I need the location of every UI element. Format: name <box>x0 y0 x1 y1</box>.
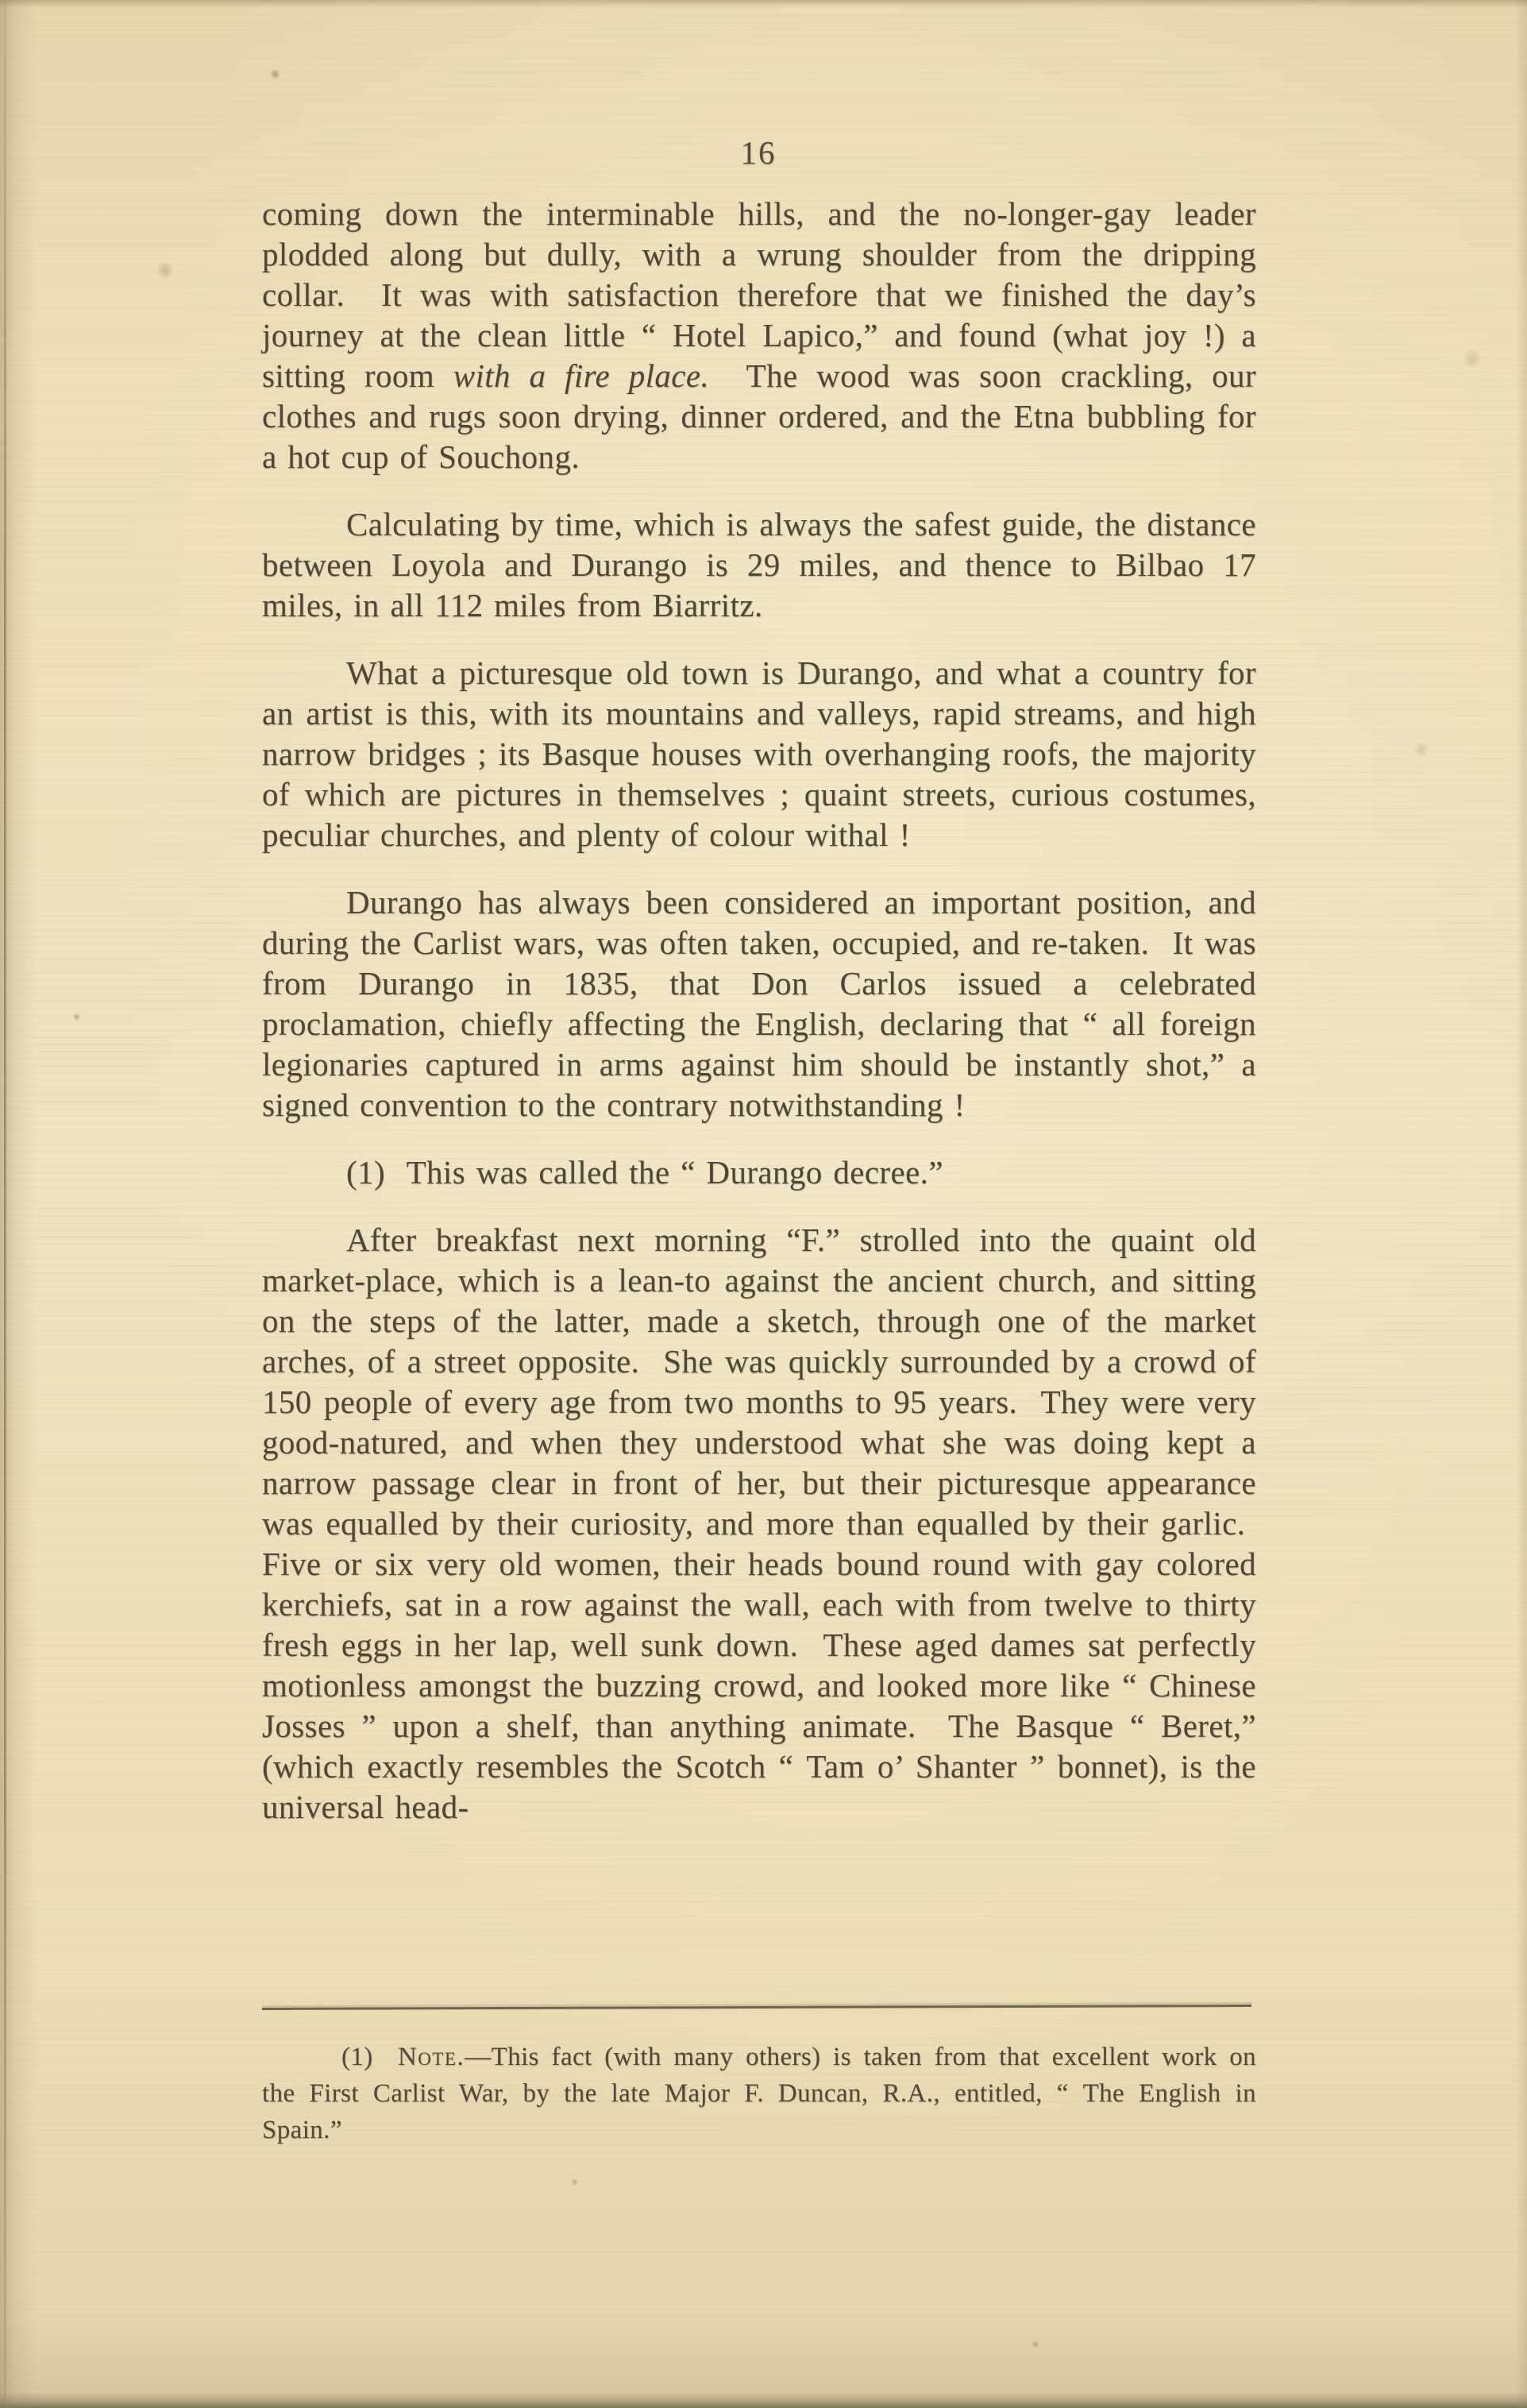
book-page-scan: 16 coming down the interminable hills, a… <box>0 0 1527 2408</box>
paragraph-3-text: What a picturesque old town is Durango, … <box>262 654 1256 853</box>
foxing-spot <box>1032 2341 1039 2348</box>
footnote: (1) Note.—This fact (with many others) i… <box>262 2039 1256 2148</box>
page-text: coming down the interminable hills, and … <box>262 194 1256 1854</box>
foxing-spot <box>73 1013 80 1021</box>
paragraph-5: After breakfast next morning “F.” stroll… <box>262 1220 1256 1827</box>
footnote-reference-line: (1) This was called the “ Durango decree… <box>262 1152 1256 1193</box>
foxing-spot <box>1413 742 1429 758</box>
foxing-spot <box>572 2178 577 2186</box>
paragraph-5-text: After breakfast next morning “F.” stroll… <box>262 1221 1256 1825</box>
paragraph-3: What a picturesque old town is Durango, … <box>262 653 1256 855</box>
paragraph-1: coming down the interminable hills, and … <box>262 194 1256 477</box>
page-number: 16 <box>262 133 1255 172</box>
foxing-spot <box>1463 349 1482 369</box>
footnote-reference-text: (1) This was called the “ Durango decree… <box>346 1154 943 1190</box>
footnote-note-label: Note. <box>398 2043 465 2071</box>
paragraph-2: Calculating by time, which is always the… <box>262 504 1256 626</box>
page-right-edge <box>1516 0 1527 2408</box>
page-bottom-edge <box>0 2392 1527 2408</box>
footnote-divider <box>262 2005 1251 2010</box>
paragraph-4-text: Durango has always been considered an im… <box>262 884 1256 1123</box>
footnote-section: (1) Note.—This fact (with many others) i… <box>262 2006 1256 2148</box>
page-top-edge <box>0 0 1527 8</box>
paragraph-2-text: Calculating by time, which is always the… <box>262 506 1256 623</box>
foxing-spot <box>270 68 280 80</box>
page-gutter-line <box>4 0 6 2408</box>
paragraph-1-italic-phrase: with a fire place. <box>453 357 709 394</box>
footnote-marker: (1) <box>341 2043 398 2071</box>
paragraph-4: Durango has always been considered an im… <box>262 882 1256 1125</box>
foxing-spot <box>156 262 175 279</box>
